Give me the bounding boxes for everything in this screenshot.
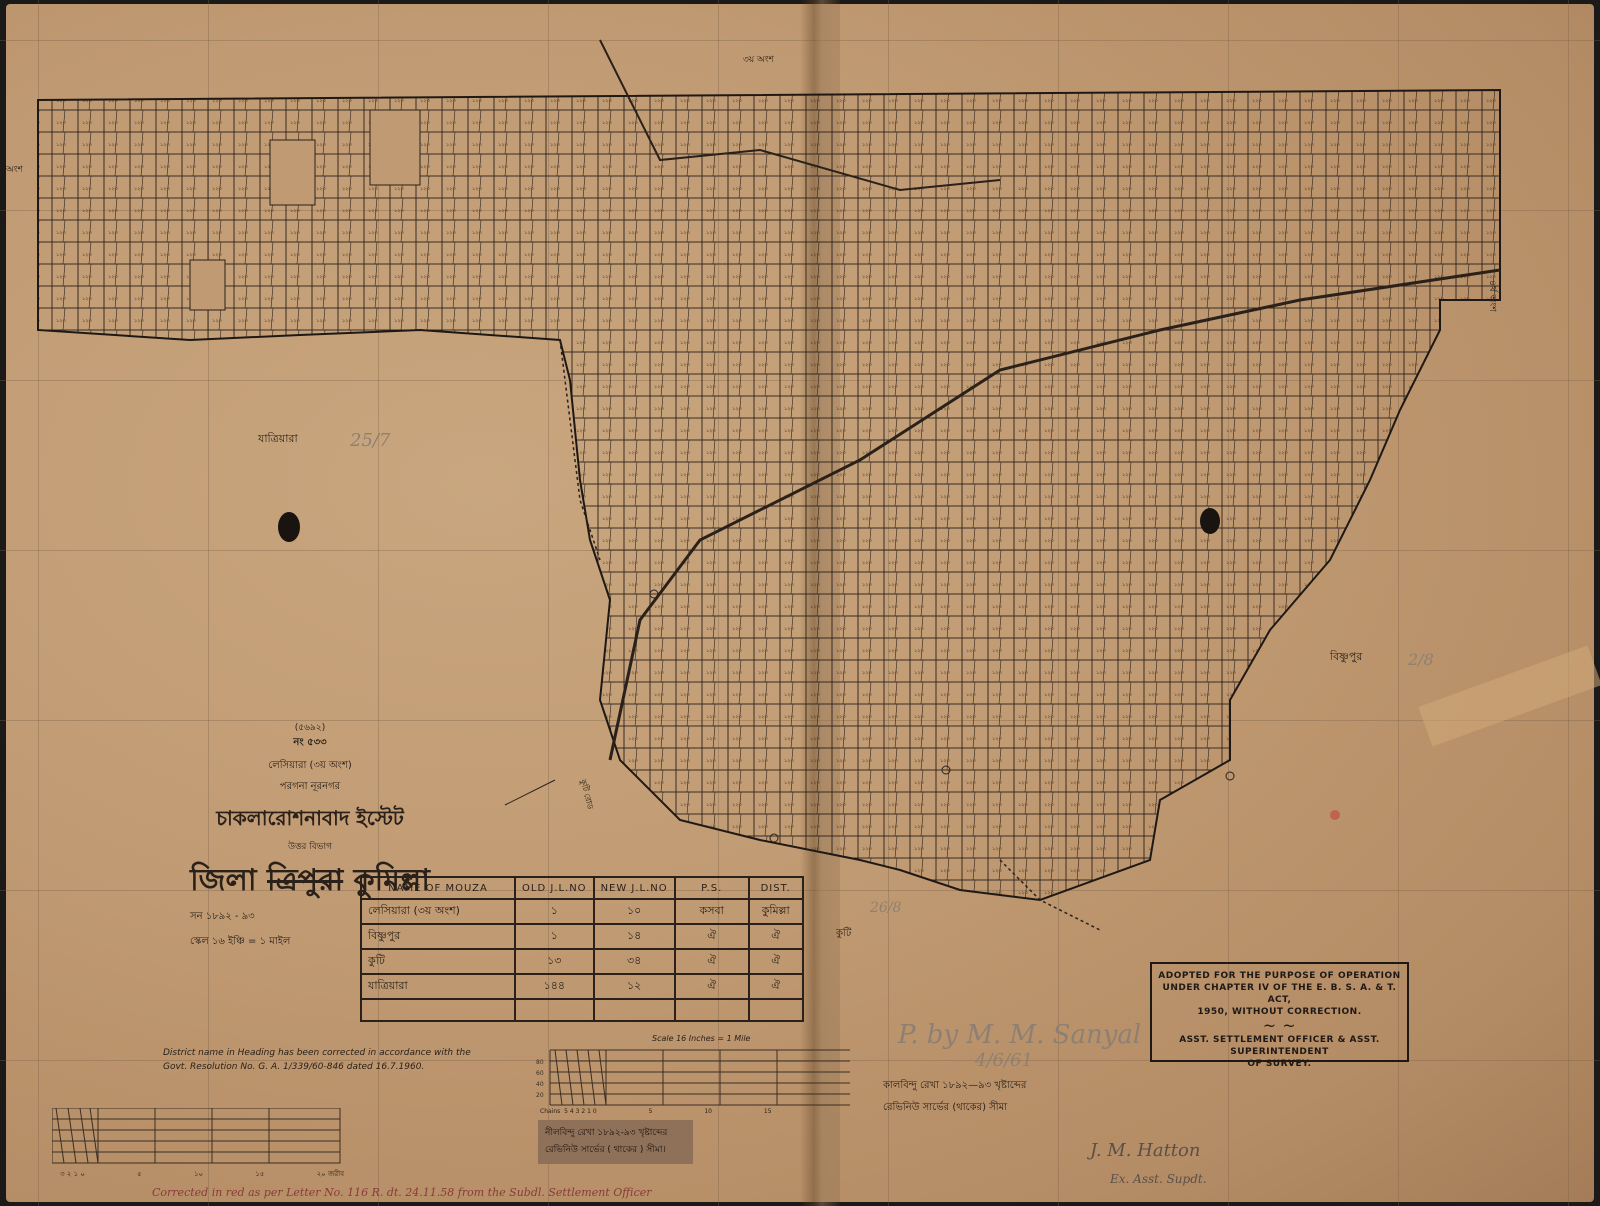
cell: ঐ (749, 949, 803, 974)
cell: ১২ (594, 974, 675, 999)
stamp-line-1: ADOPTED FOR THE PURPOSE OF OPERATION (1152, 970, 1407, 982)
table-row: যাত্রিয়ারা ১৪৪ ১২ ঐ ঐ (361, 974, 803, 999)
cell (749, 999, 803, 1021)
table-row: লেসিয়ারা (৩য় অংশ) ১ ১০ কসবা কুমিল্লা (361, 899, 803, 924)
sheet-number-top: (৫৬৯২) (150, 720, 470, 735)
table-row: কুটি ১৩ ৩৪ ঐ ঐ (361, 949, 803, 974)
pencil-note-south: 26/8 (870, 900, 901, 916)
legend-blue-line-2: রেভিনিউ সার্ভের ( থাকের ) সীমা। (545, 1142, 667, 1159)
cell: ৩৪ (594, 949, 675, 974)
table-row: বিষ্ণুপুর ১ ১৪ ঐ ঐ (361, 924, 803, 949)
ink-blot-west (278, 512, 300, 542)
sheet-number: নং ৫৩৩ (150, 735, 470, 752)
division: উত্তর বিভাগ (150, 839, 470, 854)
cell: যাত্রিয়ারা (361, 974, 515, 999)
district-correction-note: District name in Heading has been correc… (163, 1046, 471, 1074)
handwritten-title: Ex. Asst. Supdt. (1110, 1172, 1207, 1186)
ink-blot-east (1200, 508, 1220, 534)
label-east-mouza: বিষ্ণুপুর (1330, 648, 1362, 667)
svg-text:80: 80 (536, 1059, 544, 1066)
stamp-line-2: UNDER CHAPTER IV OF THE E. B. S. A. & T.… (1152, 982, 1407, 1006)
cell: কুটি (361, 949, 515, 974)
legend-blue-dotted: নীলবিন্দু রেখা ১৮৯২-৯৩ খৃষ্টাব্দের রেভিন… (545, 1125, 667, 1159)
label-south-mouza: কুটি (836, 926, 851, 943)
district-label: জিলা (190, 863, 256, 898)
col-name: NAME OF MOUZA (361, 877, 515, 899)
cell: কসবা (675, 899, 749, 924)
cell: কুমিল্লা (749, 899, 803, 924)
mouza-name: লেসিয়ারা (৩য় অংশ) (150, 758, 470, 775)
handwritten-date: 4/6/61 (975, 1050, 1033, 1071)
handwritten-signature: J. M. Hatton (1090, 1140, 1200, 1161)
pencil-note-east: 2/8 (1408, 650, 1434, 669)
cell: ১০ (594, 899, 675, 924)
district-struck: ত্রিপুরা (267, 863, 343, 898)
handwritten-red-correction: Corrected in red as per Letter No. 116 R… (152, 1186, 652, 1199)
cell: ঐ (675, 924, 749, 949)
scale-jarib-ticks: ৩ ২ ১ ০ ৫ ১০ ১৫ ২০ জরীব (60, 1168, 344, 1180)
cell: ঐ (749, 974, 803, 999)
label-east-edge: ৪র্থ অংশ (1485, 280, 1500, 312)
footnote-line-1: District name in Heading has been correc… (163, 1046, 471, 1060)
svg-text:20: 20 (536, 1092, 544, 1099)
col-old-jl: OLD J.L.NO (515, 877, 594, 899)
legend-black-dotted: কালবিন্দু রেখা ১৮৯২—৯৩ খৃষ্টাব্দের রেভিন… (883, 1075, 1026, 1119)
estate-title: চাকলারোশনাবাদ ইস্টেট (150, 804, 470, 837)
cell: ১ (515, 899, 594, 924)
cell: ১৩ (515, 949, 594, 974)
cell: ঐ (675, 949, 749, 974)
handwritten-initials: P. by M. M. Sanyal (898, 1020, 1141, 1050)
col-dist: DIST. (749, 877, 803, 899)
cell (515, 999, 594, 1021)
cell (675, 999, 749, 1021)
stamp-line-4: ASST. SETTLEMENT OFFICER & ASST. SUPERIN… (1152, 1034, 1407, 1058)
table-row (361, 999, 803, 1021)
label-west-mouza: যাত্রিয়ারা (258, 430, 298, 449)
cell: ১৪ (594, 924, 675, 949)
legend-blue-line-1: নীলবিন্দু রেখা ১৮৯২-৯৩ খৃষ্টাব্দের (545, 1125, 667, 1142)
label-north: ৩য় অংশ (743, 52, 774, 67)
cell: ১ (515, 924, 594, 949)
mouza-table: NAME OF MOUZA OLD J.L.NO NEW J.L.NO P.S.… (360, 876, 804, 1022)
pargana: পরগনা নূরনগর (150, 779, 470, 796)
stamp-signature: ~ ~ (1152, 1020, 1407, 1032)
svg-text:60: 60 (536, 1070, 544, 1077)
scale-bar-jarib (52, 1108, 342, 1168)
adoption-stamp: ADOPTED FOR THE PURPOSE OF OPERATION UND… (1150, 962, 1409, 1062)
label-northwest: অংশ (6, 162, 23, 177)
cell (594, 999, 675, 1021)
cell (361, 999, 515, 1021)
table-header-row: NAME OF MOUZA OLD J.L.NO NEW J.L.NO P.S.… (361, 877, 803, 899)
cell: ঐ (675, 974, 749, 999)
col-new-jl: NEW J.L.NO (594, 877, 675, 899)
svg-text:40: 40 (536, 1081, 544, 1088)
footnote-line-2: Govt. Resolution No. G. A. 1/339/60-846 … (163, 1060, 471, 1074)
scale-caption: Scale 16 Inches = 1 Mile (652, 1034, 750, 1043)
stamp-line-5: OF SURVEY. (1152, 1058, 1407, 1070)
scale-bar-chains: 80 60 40 20 (520, 1048, 850, 1108)
cell: লেসিয়ারা (৩য় অংশ) (361, 899, 515, 924)
cell: বিষ্ণুপুর (361, 924, 515, 949)
legend-black-line-2: রেভিনিউ সার্ভের (থাকের) সীমা (883, 1097, 1026, 1119)
scale-chain-ticks: Chains 5 4 3 2 1 0 5 10 15 (540, 1108, 772, 1115)
legend-black-line-1: কালবিন্দু রেখা ১৮৯২—৯৩ খৃষ্টাব্দের (883, 1075, 1026, 1097)
col-ps: P.S. (675, 877, 749, 899)
pencil-note-west: 25/7 (350, 430, 390, 451)
cell: ঐ (749, 924, 803, 949)
cell: ১৪৪ (515, 974, 594, 999)
red-dot (1330, 810, 1340, 820)
